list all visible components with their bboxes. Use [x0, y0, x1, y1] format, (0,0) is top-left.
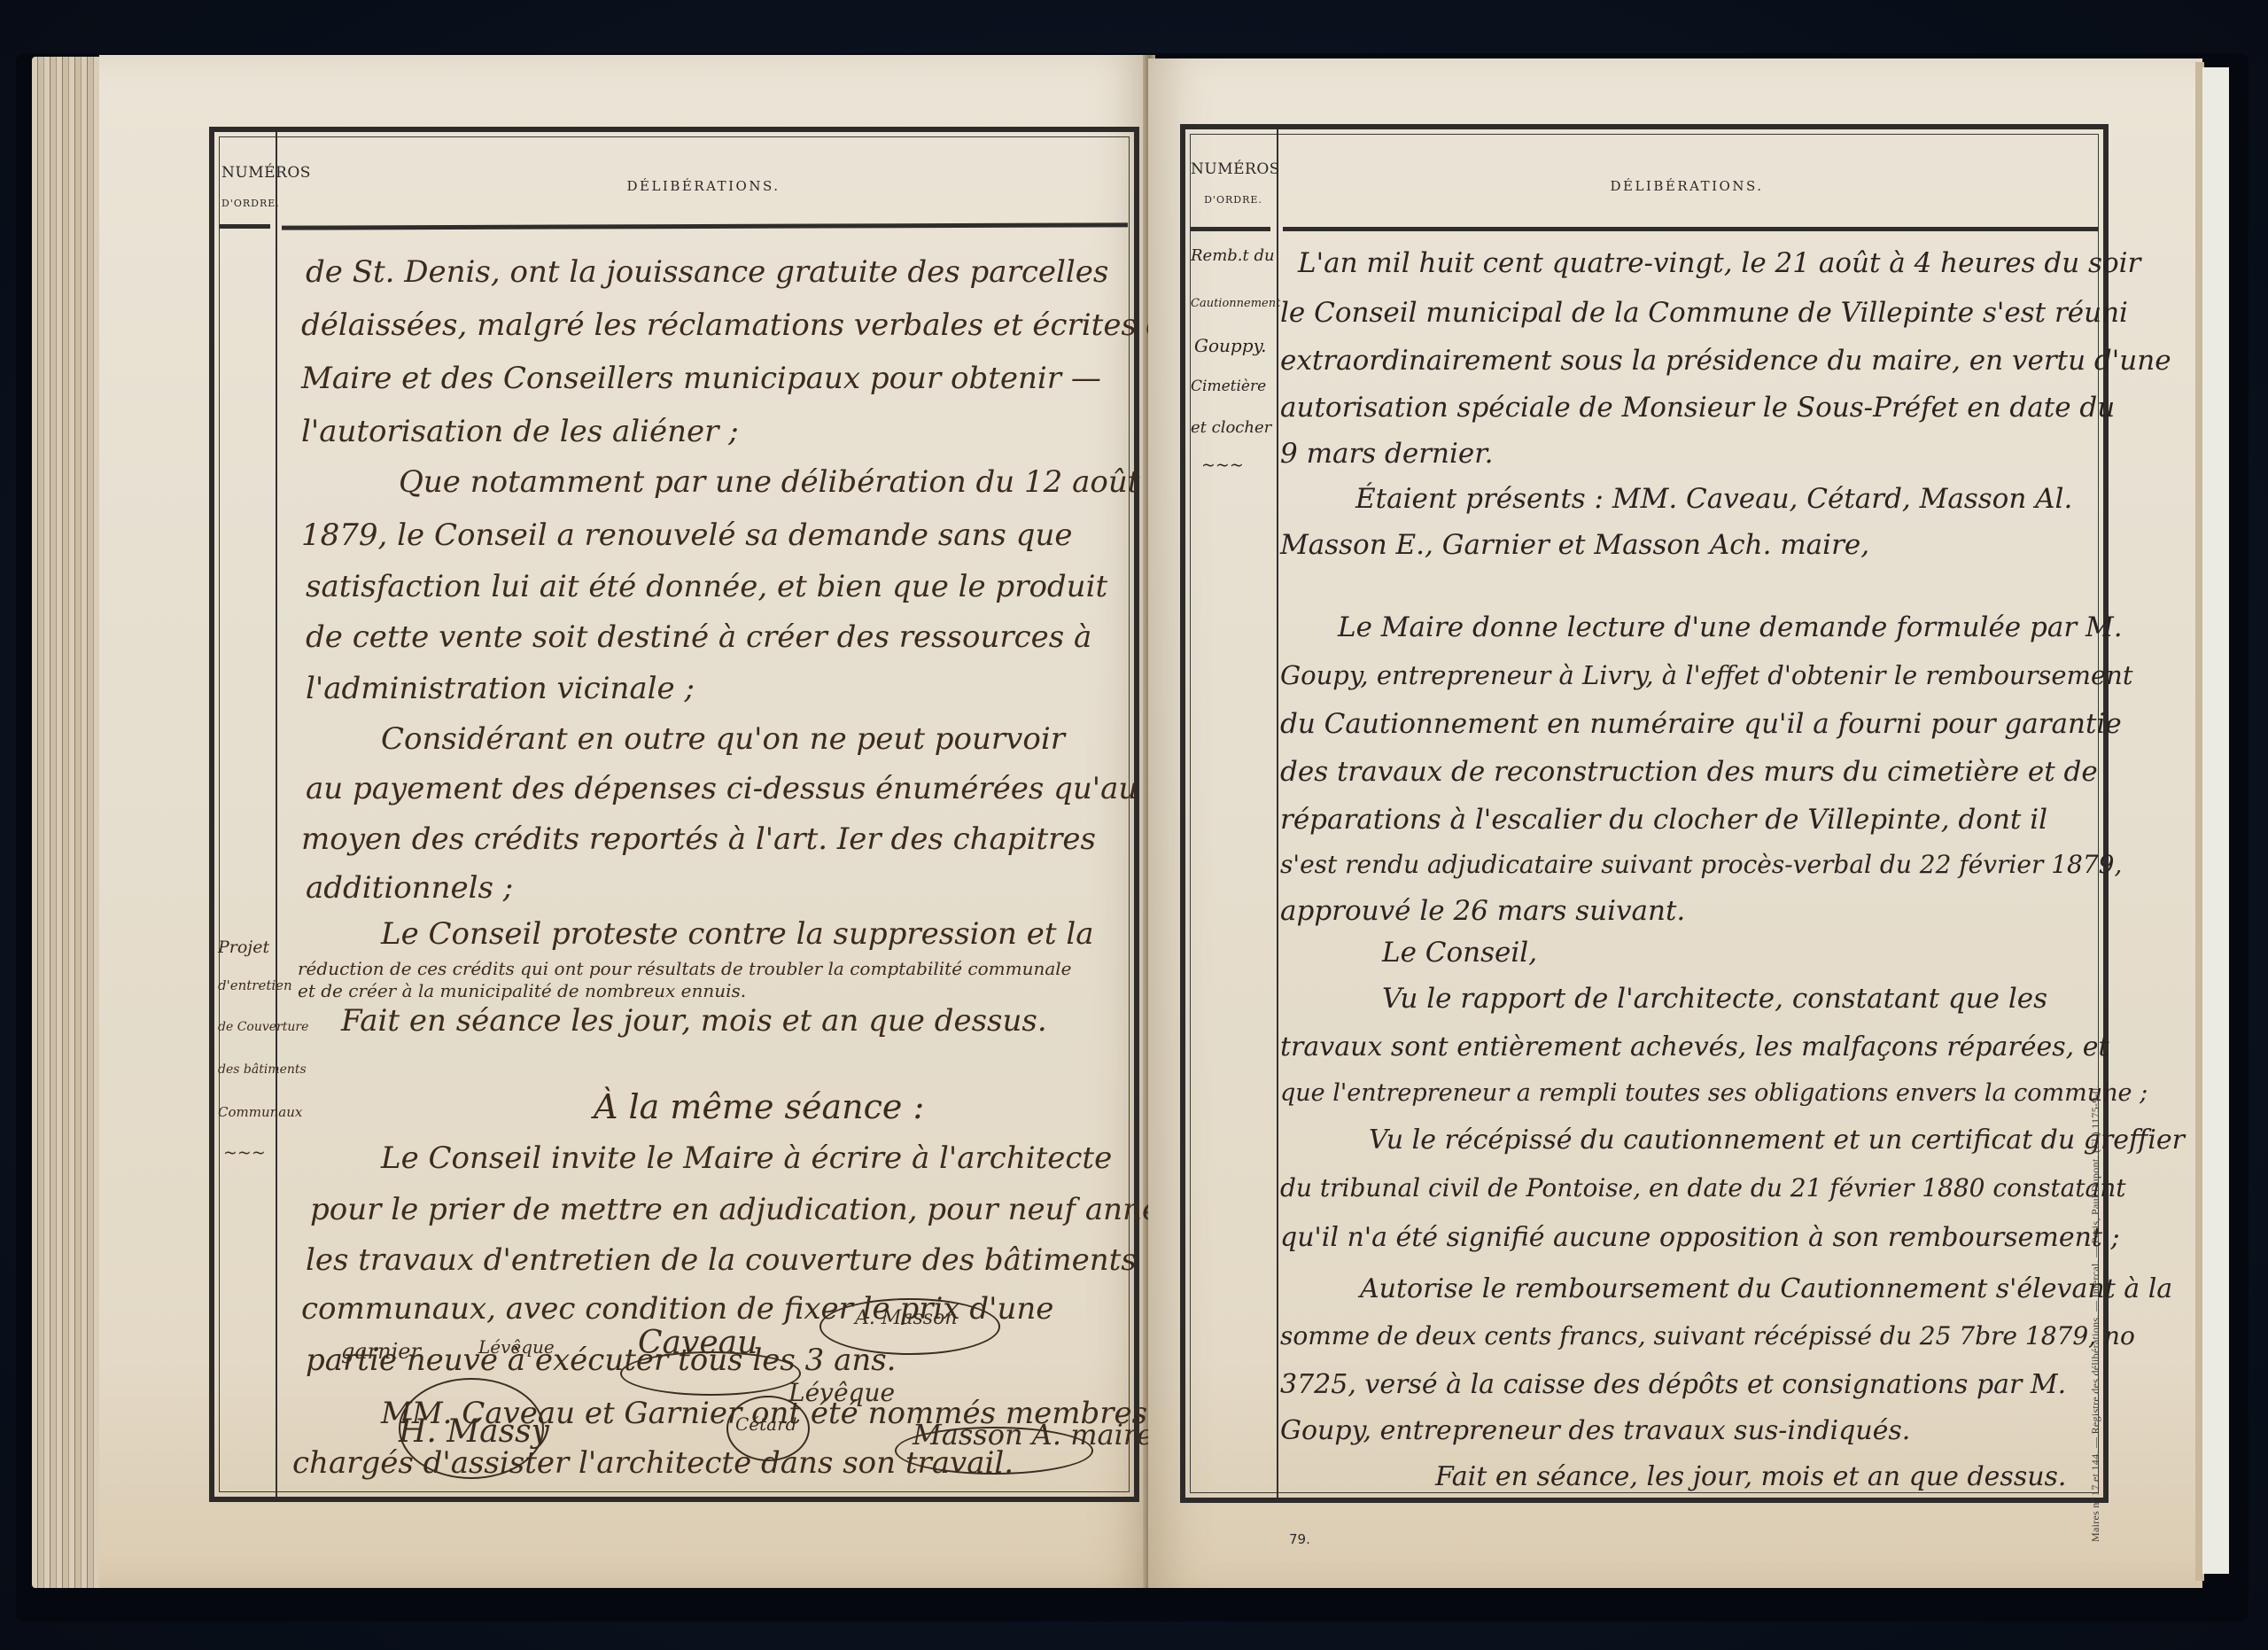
signature-cetard: Cétard: [735, 1413, 796, 1435]
signature-h-massy: H. Massy: [399, 1413, 549, 1450]
signature-leveque-small: Lévêque: [478, 1336, 555, 1358]
signature-garnier: garnier: [341, 1339, 421, 1364]
right-header-title: DÉLIBÉRATIONS.: [1279, 178, 2094, 194]
flyleaf: [2202, 67, 2229, 1574]
signature-leveque: Lévêque: [788, 1378, 895, 1407]
page-edges-left: [32, 57, 105, 1588]
printer-imprint: Maires nº 17 et 144. — Registre des déli…: [2089, 1085, 2102, 1542]
signature-caveau: Caveau: [638, 1325, 757, 1361]
signature-masson-maire: Masson A. maire: [913, 1418, 1153, 1452]
left-header-numeros: NUMÉROS D'ORDRE.: [221, 164, 273, 209]
left-column-separator: [276, 132, 277, 1497]
page-number: 79.: [1289, 1531, 1310, 1547]
signature-a-masson: A. Masson: [855, 1307, 958, 1329]
left-header-title: DÉLIBÉRATIONS.: [278, 178, 1129, 194]
right-column-separator: [1277, 129, 1278, 1498]
right-header-numeros: NUMÉROS D'ORDRE.: [1191, 160, 1276, 206]
